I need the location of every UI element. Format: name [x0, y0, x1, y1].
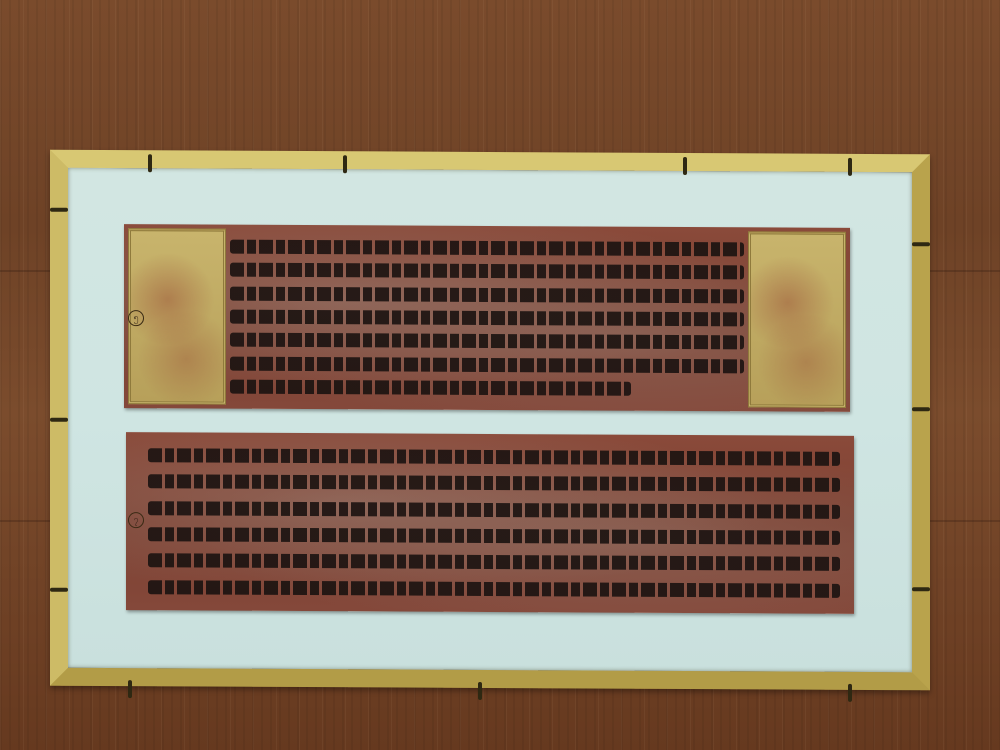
script-line [148, 475, 840, 493]
script-line [148, 580, 840, 598]
script-line [230, 286, 744, 303]
bamboo-node [912, 587, 930, 591]
bamboo-node [128, 680, 132, 698]
script-line [230, 239, 744, 256]
script-line [230, 356, 744, 373]
script-line [148, 554, 840, 572]
script-line [148, 448, 840, 466]
bamboo-node [50, 418, 68, 422]
bamboo-node [148, 154, 152, 172]
script-line [230, 310, 744, 327]
leaf-number: ၇ [128, 512, 144, 528]
script-line [148, 501, 840, 519]
script-block [230, 235, 744, 402]
bamboo-node [848, 684, 852, 702]
bamboo-node [50, 588, 68, 592]
gilt-end-panel-right [748, 231, 846, 408]
manuscript-leaf-upper: ၅ [124, 224, 850, 412]
script-block [148, 442, 840, 604]
bamboo-node [343, 155, 347, 173]
picture-frame: ၅ ၇ [50, 150, 930, 691]
bamboo-node [848, 158, 852, 176]
script-line [230, 333, 744, 350]
bamboo-node [912, 242, 930, 246]
bamboo-node [912, 407, 930, 411]
script-line [230, 263, 744, 280]
script-line [230, 380, 631, 396]
bamboo-node [50, 208, 68, 212]
script-line [148, 527, 840, 545]
manuscript-leaf-lower: ၇ [126, 432, 854, 614]
bamboo-node [478, 682, 482, 700]
leaf-number: ၅ [128, 310, 144, 326]
bamboo-node [683, 157, 687, 175]
